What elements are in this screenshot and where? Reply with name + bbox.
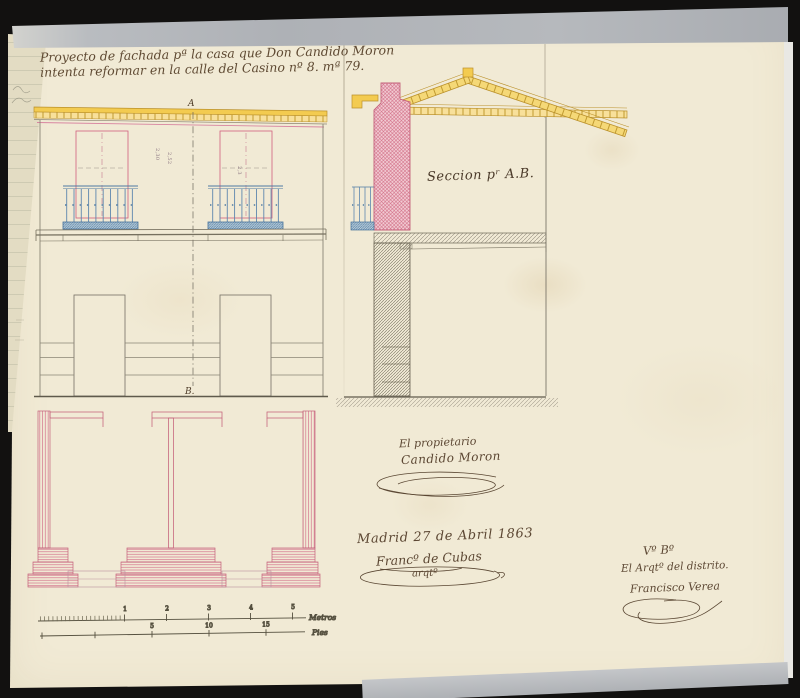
section-marker-a: A	[187, 99, 195, 109]
facade-doors	[74, 295, 271, 396]
section-cornice-bracket	[352, 95, 378, 108]
plan-bottom-piers	[28, 548, 320, 587]
facade-balcony-right	[208, 186, 283, 229]
svg-text:15: 15	[262, 622, 270, 629]
pies-unit-label: Pies	[311, 628, 328, 637]
facade-elevation: A B.	[34, 99, 328, 397]
section-drawing	[336, 68, 629, 407]
plan-top-wall	[50, 412, 303, 548]
svg-text:2: 2	[165, 606, 169, 613]
section-ground-hatch	[336, 398, 558, 407]
section-eave-band	[397, 107, 627, 118]
facade-dimension-notes: 2,30 2,52 2,3	[154, 148, 242, 175]
owner-heading: El propietario	[399, 435, 477, 451]
section-roof-apex-peg	[463, 68, 473, 77]
plan-right-wall	[303, 411, 315, 548]
dimension-right: 2,3	[236, 166, 242, 175]
dimension-center: 2,52	[166, 152, 172, 164]
district-architect-rubric	[623, 599, 700, 619]
floor-plan	[28, 411, 320, 587]
scale-bar-pies: 5 10 15 Pies	[40, 622, 328, 640]
section-floor-slab	[374, 233, 546, 243]
section-balcony	[351, 187, 374, 230]
svg-text:4: 4	[249, 605, 253, 612]
plan-left-wall	[38, 411, 50, 548]
under-sheet-marks	[12, 87, 31, 341]
architect-title: arqtº	[412, 568, 438, 580]
svg-text:5: 5	[150, 623, 154, 630]
section-marker-b: B.	[184, 387, 195, 397]
metros-unit-label: Metros	[308, 613, 336, 622]
svg-text:1: 1	[123, 606, 127, 613]
svg-text:5: 5	[291, 604, 295, 611]
facade-cornice	[34, 107, 327, 127]
svg-text:10: 10	[205, 623, 213, 630]
svg-text:3: 3	[207, 605, 211, 612]
dimension-left: 2,30	[154, 148, 160, 160]
facade-floor-band	[36, 229, 326, 241]
approval-abbrev: Vº Bº	[643, 542, 675, 558]
scale-bar-metros: 1 2 3 4 5 Metros	[38, 604, 336, 622]
section-ground-wall	[374, 243, 410, 396]
facade-balcony-left	[63, 186, 138, 229]
facade-rustication-bands	[40, 343, 323, 375]
scanned-drawing-background: A B.	[0, 0, 800, 698]
section-upper-wall	[374, 83, 410, 230]
